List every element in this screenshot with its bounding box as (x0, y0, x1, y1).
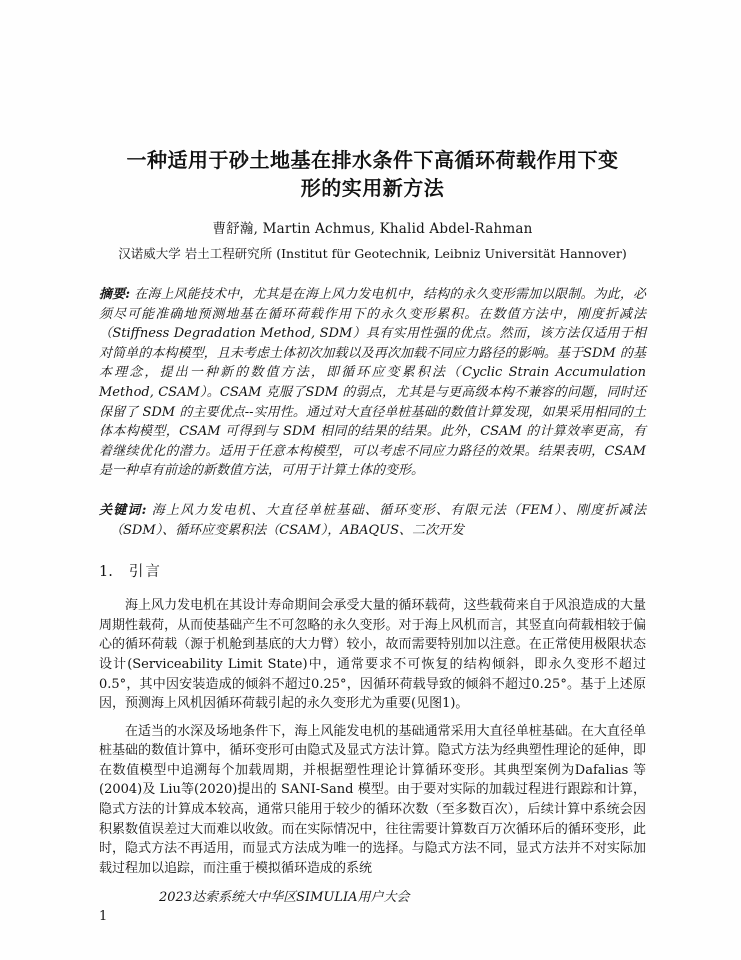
document-page: 一种适用于砂土地基在排水条件下高循环荷载作用下变 形的实用新方法 曹舒瀚, Ma… (0, 0, 741, 960)
conference-footer: 2023达索系统大中华区SIMULIA用户大会 (159, 886, 646, 905)
keywords-paragraph: 关键词: 海上风力发电机、大直径单桩基础、循环变形、有限元法（FEM）、刚度折减… (99, 501, 646, 540)
abstract-paragraph: 摘要: 在海上风能技术中，尤其是在海上风力发电机中，结构的永久变形需加以限制。为… (99, 285, 646, 481)
intro-paragraph-1: 海上风力发电机在其设计寿命期间会承受大量的循环载荷，这些载荷来自于风浪造成的大量… (99, 596, 646, 714)
section-1-title: 引言 (129, 564, 162, 580)
intro-paragraph-2: 在适当的水深及场地条件下，海上风能发电机的基础通常采用大直径单桩基础。在大直径单… (99, 722, 646, 879)
paper-title-line-1: 一种适用于砂土地基在排水条件下高循环荷载作用下变 (127, 148, 619, 172)
page-content: 一种适用于砂土地基在排水条件下高循环荷载作用下变 形的实用新方法 曹舒瀚, Ma… (0, 0, 741, 924)
section-1-heading: 1.引言 (99, 562, 646, 582)
keywords-label: 关键词: (99, 503, 146, 518)
abstract-text: 在海上风能技术中，尤其是在海上风力发电机中，结构的永久变形需加以限制。为此，必须… (99, 287, 646, 478)
affiliation-line: 汉诺威大学 岩土工程研究所 (Institut für Geotechnik, … (99, 244, 646, 262)
page-number: 1 (99, 909, 646, 924)
section-1-number: 1. (99, 564, 113, 580)
paper-title: 一种适用于砂土地基在排水条件下高循环荷载作用下变 形的实用新方法 (99, 147, 646, 202)
abstract-label: 摘要: (99, 287, 130, 302)
paper-title-line-2: 形的实用新方法 (301, 176, 445, 200)
authors-line: 曹舒瀚, Martin Achmus, Khalid Abdel-Rahman (99, 217, 646, 237)
keywords-text: 海上风力发电机、大直径单桩基础、循环变形、有限元法（FEM）、刚度折减法（SDM… (110, 503, 646, 538)
